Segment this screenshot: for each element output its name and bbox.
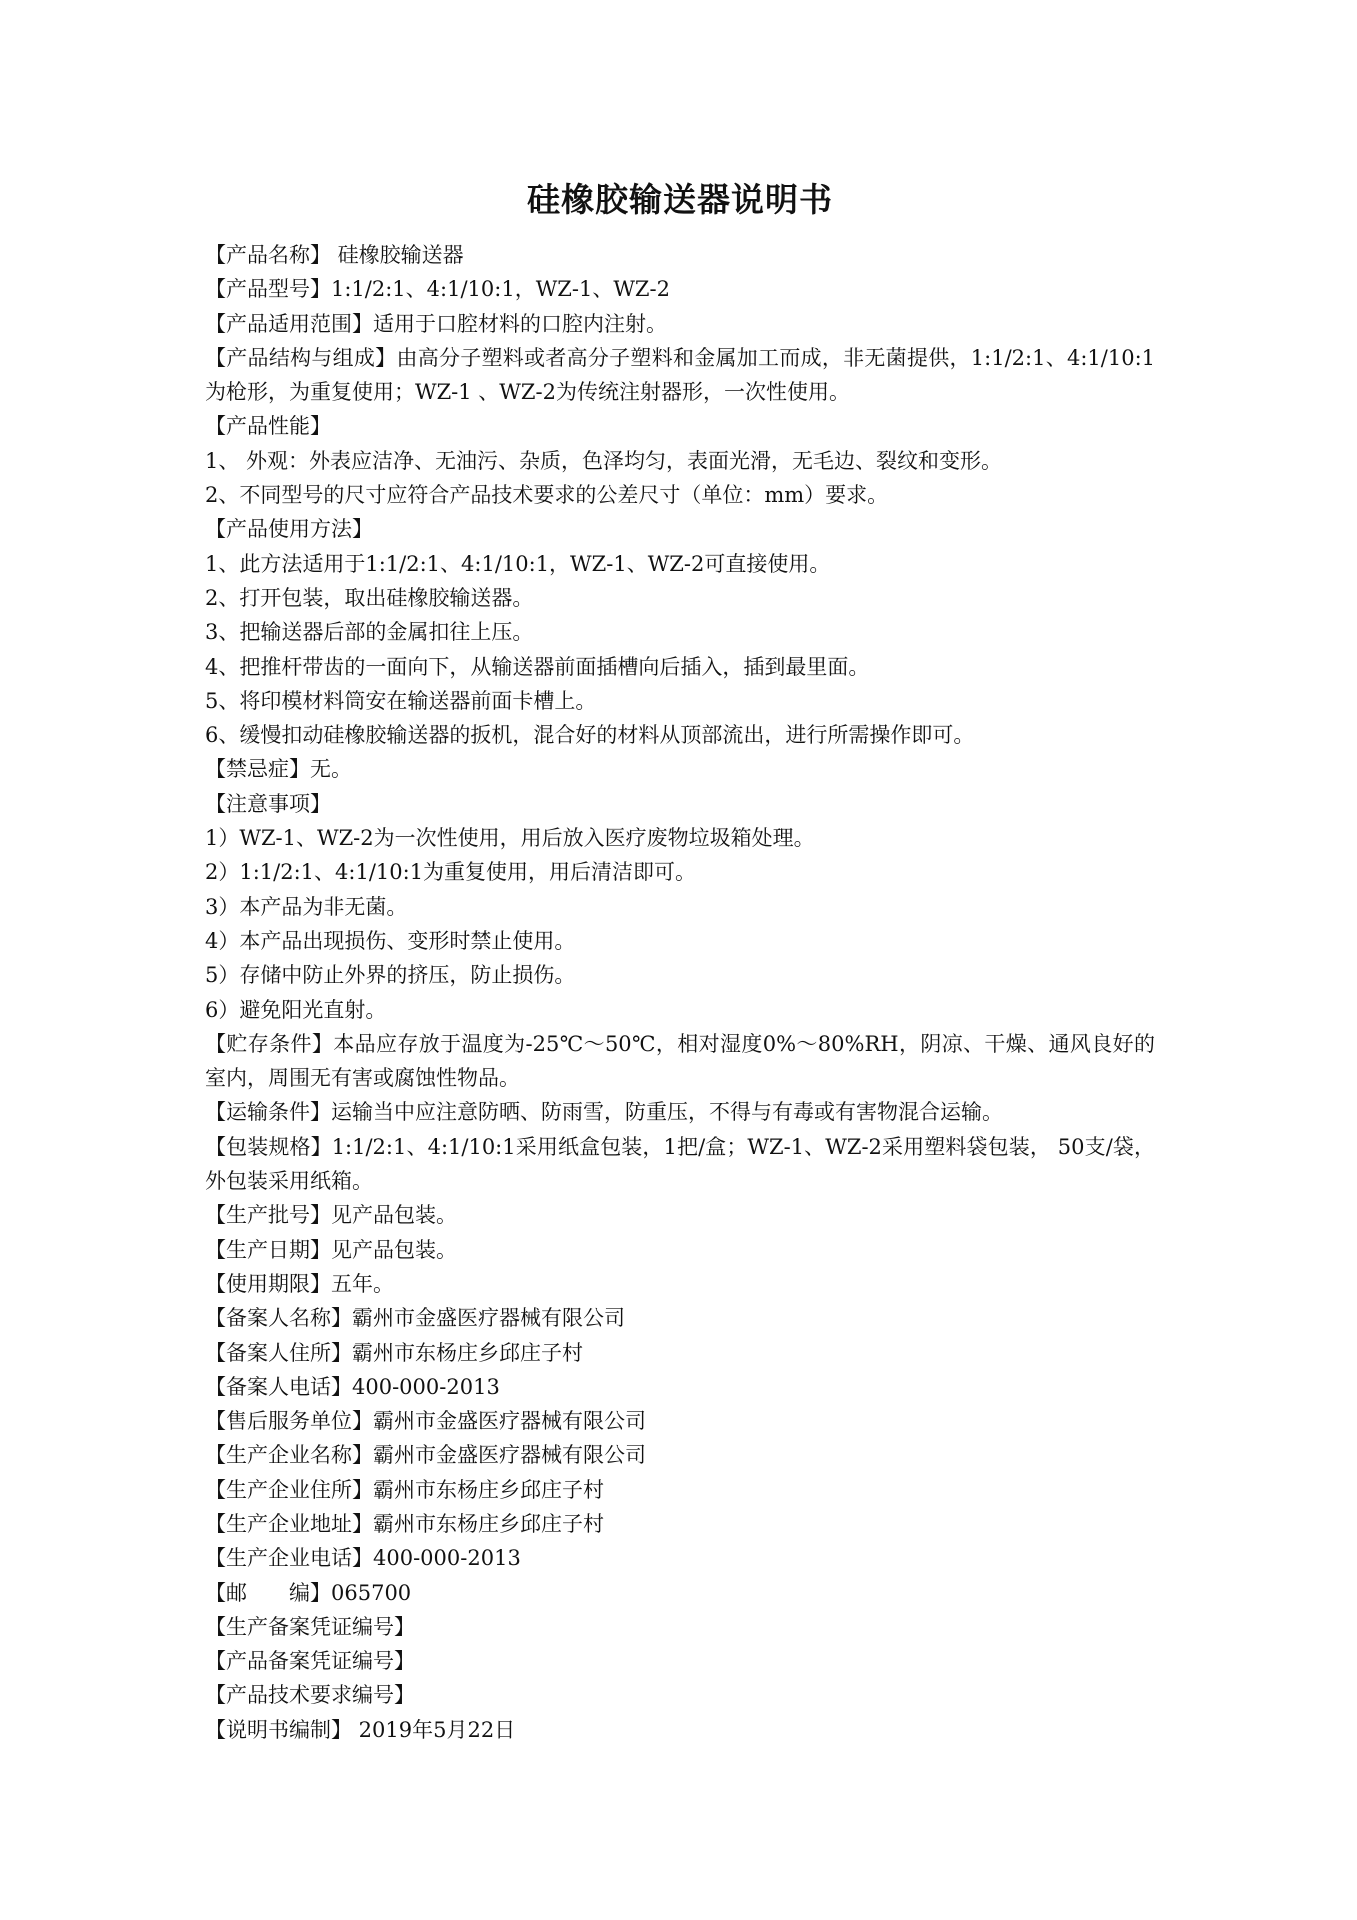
field-label: 【生产备案凭证编号】 <box>205 1615 415 1639</box>
field-value: 3、把输送器后部的金属扣往上压。 <box>205 620 533 644</box>
document-line: 【产品技术要求编号】 <box>205 1678 1155 1712</box>
document-line: 3）本产品为非无菌。 <box>205 890 1155 924</box>
document-line: 【运输条件】运输当中应注意防晒、防雨雪，防重压，不得与有毒或有害物混合运输。 <box>205 1095 1155 1129</box>
field-label: 【产品名称】 <box>205 243 331 267</box>
field-value: 运输当中应注意防晒、防雨雪，防重压，不得与有毒或有害物混合运输。 <box>331 1100 1003 1124</box>
field-value: 2019年5月22日 <box>352 1718 515 1742</box>
field-label: 【产品备案凭证编号】 <box>205 1649 415 1673</box>
document-line: 【备案人电话】400-000-2013 <box>205 1370 1155 1404</box>
document-title: 硅橡胶输送器说明书 <box>205 176 1155 224</box>
field-label: 【禁忌症】 <box>205 757 310 781</box>
document-line: 【注意事项】 <box>205 787 1155 821</box>
field-label: 【包装规格】 <box>205 1135 332 1159</box>
document-line: 3、把输送器后部的金属扣往上压。 <box>205 615 1155 649</box>
field-value: 五年。 <box>331 1272 394 1296</box>
field-value: 见产品包装。 <box>331 1203 457 1227</box>
document-line: 【产品名称】 硅橡胶输送器 <box>205 238 1155 272</box>
field-value: 2）1:1/2:1、4:1/10:1为重复使用，用后清洁即可。 <box>205 860 696 884</box>
document-line: 【生产企业地址】霸州市东杨庄乡邱庄子村 <box>205 1507 1155 1541</box>
document-line: 2）1:1/2:1、4:1/10:1为重复使用，用后清洁即可。 <box>205 855 1155 889</box>
field-label: 【售后服务单位】 <box>205 1409 373 1433</box>
document-line: 【产品结构与组成】由高分子塑料或者高分子塑料和金属加工而成，非无菌提供，1:1/… <box>205 341 1155 410</box>
document-line: 1、此方法适用于1:1/2:1、4:1/10:1，WZ-1、WZ-2可直接使用。 <box>205 547 1155 581</box>
field-value: 霸州市金盛医疗器械有限公司 <box>373 1443 646 1467</box>
field-label: 【生产批号】 <box>205 1203 331 1227</box>
field-value: 1:1/2:1、4:1/10:1，WZ-1、WZ-2 <box>331 277 670 301</box>
instruction-document: 硅橡胶输送器说明书 【产品名称】 硅橡胶输送器【产品型号】1:1/2:1、4:1… <box>205 176 1155 1747</box>
field-value: 见产品包装。 <box>331 1238 457 1262</box>
document-body: 【产品名称】 硅橡胶输送器【产品型号】1:1/2:1、4:1/10:1，WZ-1… <box>205 238 1155 1747</box>
field-label: 【产品使用方法】 <box>205 517 373 541</box>
field-value: 1、此方法适用于1:1/2:1、4:1/10:1，WZ-1、WZ-2可直接使用。 <box>205 552 830 576</box>
document-line: 1、 外观：外表应洁净、无油污、杂质，色泽均匀，表面光滑，无毛边、裂纹和变形。 <box>205 444 1155 478</box>
document-line: 2、不同型号的尺寸应符合产品技术要求的公差尺寸（单位：mm）要求。 <box>205 478 1155 512</box>
field-value: 霸州市金盛医疗器械有限公司 <box>352 1306 625 1330</box>
field-value: 400-000-2013 <box>373 1546 521 1570</box>
field-label: 【邮 编】 <box>205 1581 331 1605</box>
field-label: 【产品结构与组成】 <box>205 346 396 370</box>
document-line: 【售后服务单位】霸州市金盛医疗器械有限公司 <box>205 1404 1155 1438</box>
field-value: 4）本产品出现损伤、变形时禁止使用。 <box>205 929 575 953</box>
document-line: 【产品型号】1:1/2:1、4:1/10:1，WZ-1、WZ-2 <box>205 272 1155 306</box>
field-value: 霸州市金盛医疗器械有限公司 <box>373 1409 646 1433</box>
field-label: 【说明书编制】 <box>205 1718 352 1742</box>
field-value: 2、不同型号的尺寸应符合产品技术要求的公差尺寸（单位：mm）要求。 <box>205 483 888 507</box>
document-line: 【产品使用方法】 <box>205 512 1155 546</box>
field-value: 适用于口腔材料的口腔内注射。 <box>373 312 667 336</box>
document-line: 【生产备案凭证编号】 <box>205 1610 1155 1644</box>
document-line: 【生产企业住所】霸州市东杨庄乡邱庄子村 <box>205 1473 1155 1507</box>
document-line: 【禁忌症】无。 <box>205 752 1155 786</box>
field-label: 【注意事项】 <box>205 792 331 816</box>
field-label: 【产品性能】 <box>205 414 331 438</box>
document-line: 1）WZ-1、WZ-2为一次性使用，用后放入医疗废物垃圾箱处理。 <box>205 821 1155 855</box>
document-line: 【备案人住所】霸州市东杨庄乡邱庄子村 <box>205 1336 1155 1370</box>
document-line: 【产品适用范围】适用于口腔材料的口腔内注射。 <box>205 307 1155 341</box>
field-label: 【生产企业名称】 <box>205 1443 373 1467</box>
field-value: 无。 <box>310 757 352 781</box>
document-line: 4）本产品出现损伤、变形时禁止使用。 <box>205 924 1155 958</box>
document-line: 【产品性能】 <box>205 409 1155 443</box>
field-label: 【产品技术要求编号】 <box>205 1683 415 1707</box>
field-value: 霸州市东杨庄乡邱庄子村 <box>352 1341 583 1365</box>
document-line: 2、打开包装，取出硅橡胶输送器。 <box>205 581 1155 615</box>
field-value: 400-000-2013 <box>352 1375 500 1399</box>
field-label: 【使用期限】 <box>205 1272 331 1296</box>
field-label: 【产品型号】 <box>205 277 331 301</box>
document-line: 【生产日期】见产品包装。 <box>205 1233 1155 1267</box>
field-value: 065700 <box>331 1581 411 1605</box>
field-label: 【备案人名称】 <box>205 1306 352 1330</box>
field-value: 1、 外观：外表应洁净、无油污、杂质，色泽均匀，表面光滑，无毛边、裂纹和变形。 <box>205 449 1002 473</box>
field-label: 【生产企业地址】 <box>205 1512 373 1536</box>
field-value: 1）WZ-1、WZ-2为一次性使用，用后放入医疗废物垃圾箱处理。 <box>205 826 815 850</box>
document-line: 【说明书编制】 2019年5月22日 <box>205 1713 1155 1747</box>
field-value: 1:1/2:1、4:1/10:1采用纸盒包装，1把/盒；WZ-1、WZ-2采用塑… <box>205 1135 1155 1193</box>
document-line: 【产品备案凭证编号】 <box>205 1644 1155 1678</box>
field-label: 【生产日期】 <box>205 1238 331 1262</box>
field-label: 【备案人住所】 <box>205 1341 352 1365</box>
document-line: 6）避免阳光直射。 <box>205 993 1155 1027</box>
field-value: 霸州市东杨庄乡邱庄子村 <box>373 1478 604 1502</box>
document-line: 5）存储中防止外界的挤压，防止损伤。 <box>205 958 1155 992</box>
field-value: 6、缓慢扣动硅橡胶输送器的扳机，混合好的材料从顶部流出，进行所需操作即可。 <box>205 723 974 747</box>
field-label: 【备案人电话】 <box>205 1375 352 1399</box>
field-value: 4、把推杆带齿的一面向下，从输送器前面插槽向后插入，插到最里面。 <box>205 655 869 679</box>
field-value: 本品应存放于温度为-25℃～50℃，相对湿度0%～80%RH，阴凉、干燥、通风良… <box>205 1032 1155 1090</box>
document-line: 4、把推杆带齿的一面向下，从输送器前面插槽向后插入，插到最里面。 <box>205 650 1155 684</box>
field-label: 【贮存条件】 <box>205 1032 333 1056</box>
field-value: 2、打开包装，取出硅橡胶输送器。 <box>205 586 533 610</box>
field-value: 5、将印模材料筒安在输送器前面卡槽上。 <box>205 689 596 713</box>
document-line: 【贮存条件】本品应存放于温度为-25℃～50℃，相对湿度0%～80%RH，阴凉、… <box>205 1027 1155 1096</box>
document-line: 【生产企业名称】霸州市金盛医疗器械有限公司 <box>205 1438 1155 1472</box>
document-line: 【生产批号】见产品包装。 <box>205 1198 1155 1232</box>
field-label: 【运输条件】 <box>205 1100 331 1124</box>
document-line: 【使用期限】五年。 <box>205 1267 1155 1301</box>
document-line: 【邮 编】065700 <box>205 1576 1155 1610</box>
document-line: 【备案人名称】霸州市金盛医疗器械有限公司 <box>205 1301 1155 1335</box>
field-label: 【生产企业电话】 <box>205 1546 373 1570</box>
field-value: 5）存储中防止外界的挤压，防止损伤。 <box>205 963 575 987</box>
field-label: 【产品适用范围】 <box>205 312 373 336</box>
field-value: 6）避免阳光直射。 <box>205 998 386 1022</box>
field-label: 【生产企业住所】 <box>205 1478 373 1502</box>
document-line: 【生产企业电话】400-000-2013 <box>205 1541 1155 1575</box>
field-value: 3）本产品为非无菌。 <box>205 895 407 919</box>
field-value: 硅橡胶输送器 <box>331 243 464 267</box>
document-line: 【包装规格】1:1/2:1、4:1/10:1采用纸盒包装，1把/盒；WZ-1、W… <box>205 1130 1155 1199</box>
field-value: 霸州市东杨庄乡邱庄子村 <box>373 1512 604 1536</box>
document-line: 6、缓慢扣动硅橡胶输送器的扳机，混合好的材料从顶部流出，进行所需操作即可。 <box>205 718 1155 752</box>
document-line: 5、将印模材料筒安在输送器前面卡槽上。 <box>205 684 1155 718</box>
